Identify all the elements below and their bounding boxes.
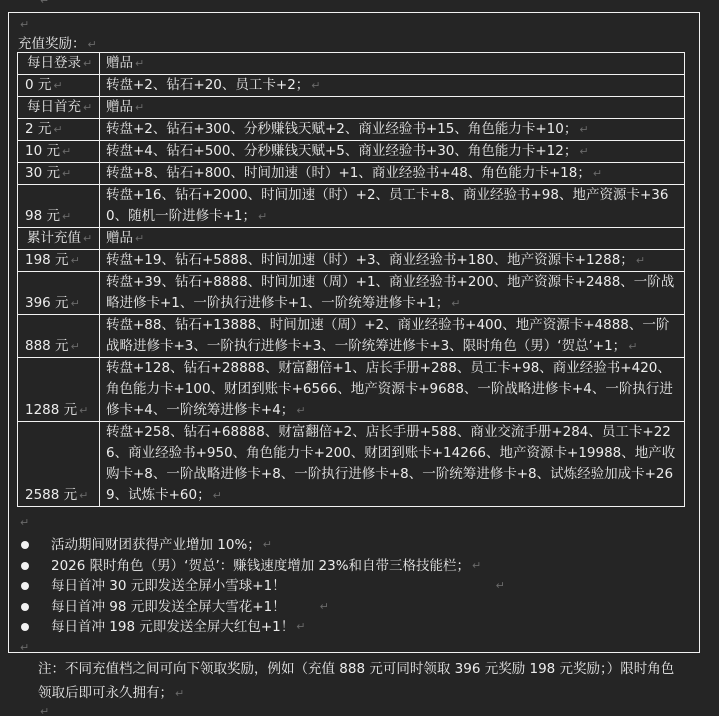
gift-header: 赠品↵ [100,53,685,75]
table-row: 1288 元↵ 转盘+128、钻石+28888、财富翻倍+1、店长手册+288、… [18,358,685,422]
paragraph-mark: ↵ [40,705,49,716]
table-row: 888 元↵ 转盘+88、钻石+13888、时间加速（周）+2、商业经验书+40… [18,315,685,358]
table-row: 98 元↵ 转盘+16、钻石+2000、时间加速（时）+2、员工卡+8、商业经验… [18,185,685,228]
amount-cell: 30 元↵ [18,163,100,185]
table-row: 0 元↵ 转盘+2、钻石+20、员工卡+2；↵ [18,75,685,97]
gifts-cell: 转盘+19、钻石+5888、时间加速（时）+3、商业经验书+180、地产资源卡+… [100,250,685,272]
amount-cell: 198 元↵ [18,250,100,272]
gift-header: 赠品↵ [100,97,685,119]
bullet-icon [21,562,29,570]
tier-header: 每日登录↵ [18,53,100,75]
amount-cell: 2588 元↵ [18,422,100,507]
paragraph-mark: ↵ [20,18,29,31]
gifts-cell: 转盘+2、钻石+20、员工卡+2；↵ [100,75,685,97]
table-row: 396 元↵ 转盘+39、钻石+8888、时间加速（周）+1、商业经验书+200… [18,272,685,315]
section-title-text: 充值奖励： [18,36,86,52]
tier-header: 累计充值↵ [18,228,100,250]
table-header-row: 每日首充↵ 赠品↵ [18,97,685,119]
bullet-icon [21,603,29,611]
gifts-cell: 转盘+16、钻石+2000、时间加速（时）+2、员工卡+8、商业经验书+98、地… [100,185,685,228]
table-row: 10 元↵ 转盘+4、钻石+500、分秒赚钱天赋+5、商业经验书+30、角色能力… [18,141,685,163]
bullet-item: 每日首冲 198 元即发送全屏大红包+1！↵ [18,617,505,638]
gifts-cell: 转盘+2、钻石+300、分秒赚钱天赋+2、商业经验书+15、角色能力卡+10；↵ [100,119,685,141]
bullet-icon [21,541,29,549]
bullet-item: 每日首冲 98 元即发送全屏大雪花+1！↵ [18,597,505,618]
gifts-cell: 转盘+4、钻石+500、分秒赚钱天赋+5、商业经验书+30、角色能力卡+12；↵ [100,141,685,163]
gift-header: 赠品↵ [100,228,685,250]
paragraph-mark: ↵ [40,0,49,7]
table-row: 2588 元↵ 转盘+258、钻石+68888、财富翻倍+2、店长手册+588、… [18,422,685,507]
paragraph-mark: ↵ [88,38,97,51]
amount-cell: 98 元↵ [18,185,100,228]
gifts-cell: 转盘+88、钻石+13888、时间加速（周）+2、商业经验书+400、地产资源卡… [100,315,685,358]
gifts-cell: 转盘+8、钻石+800、时间加速（时）+1、商业经验书+48、角色能力卡+18；… [100,163,685,185]
table-row: 198 元↵ 转盘+19、钻石+5888、时间加速（时）+3、商业经验书+180… [18,250,685,272]
bullet-icon [21,582,29,590]
amount-cell: 2 元↵ [18,119,100,141]
amount-cell: 0 元↵ [18,75,100,97]
bullet-list: 活动期间财团获得产业增加 10%；↵ 2026 限时角色（男）‘贺总’：赚钱速度… [18,535,505,638]
bullet-item: 活动期间财团获得产业增加 10%；↵ [18,535,505,556]
tier-header: 每日首充↵ [18,97,100,119]
gifts-cell: 转盘+128、钻石+28888、财富翻倍+1、店长手册+288、员工卡+98、商… [100,358,685,422]
gifts-cell: 转盘+258、钻石+68888、财富翻倍+2、店长手册+588、商业交流手册+2… [100,422,685,507]
amount-cell: 396 元↵ [18,272,100,315]
amount-cell: 1288 元↵ [18,358,100,422]
table-row: 2 元↵ 转盘+2、钻石+300、分秒赚钱天赋+2、商业经验书+15、角色能力卡… [18,119,685,141]
amount-cell: 10 元↵ [18,141,100,163]
note-paragraph: 注：不同充值档之间可向下领取奖励，例如（充值 888 元可同时领取 396 元奖… [38,657,678,706]
paragraph-mark: ↵ [20,641,29,654]
bullet-item: 2026 限时角色（男）‘贺总’：赚钱速度增加 23%和自带三格技能栏；↵ [18,556,505,577]
paragraph-mark: ↵ [20,516,29,529]
reward-table: 每日登录↵ 赠品↵ 0 元↵ 转盘+2、钻石+20、员工卡+2；↵ 每日首充↵ … [17,52,685,507]
table-header-row: 累计充值↵ 赠品↵ [18,228,685,250]
table-header-row: 每日登录↵ 赠品↵ [18,53,685,75]
table-row: 30 元↵ 转盘+8、钻石+800、时间加速（时）+1、商业经验书+48、角色能… [18,163,685,185]
gifts-cell: 转盘+39、钻石+8888、时间加速（周）+1、商业经验书+200、地产资源卡+… [100,272,685,315]
document-frame: ↵ 充值奖励：↵ 每日登录↵ 赠品↵ 0 元↵ 转盘+2、钻石+20、员工卡+2… [8,12,700,653]
bullet-item: 每日首冲 30 元即发送全屏小雪球+1！↵ [18,576,505,597]
amount-cell: 888 元↵ [18,315,100,358]
bullet-icon [21,623,29,631]
